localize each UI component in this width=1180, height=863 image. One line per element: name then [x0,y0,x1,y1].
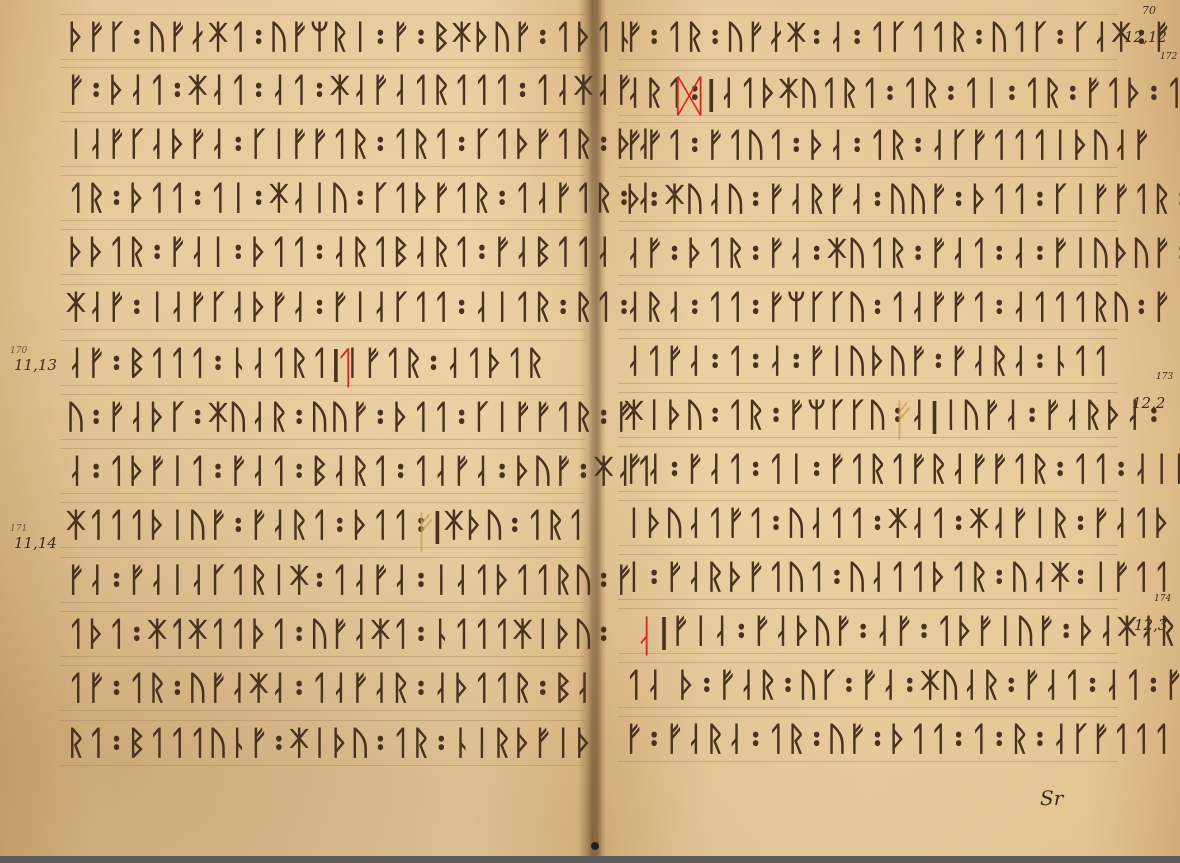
red-initial: ᛞ [676,71,702,122]
text-line: ᚠ᛬ᛐᚱ᛬ᚢᚠᛅᛡ᛬ᛆ᛬ᛐᚴᛐᛐᚱ᛬ᚢᛐᚴ᛬ᚴᛆᛡ᛬ᚠ [618,14,1118,60]
text-line: ᚠᛆ᛬ᚠᛆᛁᛆᚴᛐᚱᛁᛡ᛬ᛐᛆᚠᛆ᛬ᛁᛆᛐᚦᛐᛐᚱᚢ᛬ᚠ [60,557,585,603]
foliation-number: 171 [10,524,27,534]
left-page: ᚦᚠᚴ᛬ᚢᚠᛅᛡᛐ᛬ᚢᚠᛘᚱᛁ᛬ᚠ᛬ᛒᛡᚦᚢᚠ᛬ᛐᚦᛐᚿ ᚠ᛬ᚦᛆᛐ᛬ᛡᛆᛐ᛬ᛆ… [60,0,585,856]
text-line: ᛆᛐᚠᛆ᛬ᛐ᛬ᛆ᛬ᚠᛁᚢᚦᚢᚠ᛬ᚠᛆᚱᛆ᛬ᚿᛐᛐ [618,338,1118,384]
text-line: ᚠᛆ᛬ᚠᛆᛐ᛬ᛐᛁ᛬ᚠᛐᚱᛐᚠᚱᛆᚠᚠᛐᚱ᛬ᛐᛐ᛬ᛆᛁᚴ᛬ᚠ [618,446,1118,492]
rune-text: ᛐᛆ ᚦ᛬ᚠᛆᚱ᛬ᚢᚴ᛬ᚠᛆ᛬ᛡᚢᛆᚱ᛬ᚠᛆᛐ᛬ᛆᛐ᛬ᚠᛁᚢᚠᚢ [624,666,1180,704]
foliation-number: 172 [1160,52,1177,62]
text-line: ᚠ᛬ᚠᛆᚱᛆ᛬ᛐᚱ᛬ᚢᚠ᛬ᚦᛐᛐ᛬ᛐ᛬ᚱ᛬ᛆᚴᚠᛐᛐᛐᛁᚦᚠ᛬ [618,716,1118,762]
margin-note-12-2: 12,2 [1132,394,1165,412]
rune-text: ᛐᚱ᛬ᚦᛐᛐ᛬ᛐᛁ᛬ᛡᛆᛁᚢ᛬ᚴᛐᚦᚠᛐᚱ᛬ᛐᛆᚠᛐᚱ᛬ᛆ [66,179,655,217]
text-line: ᛐᚱ᛬ᚦᛐᛐ᛬ᛐᛁ᛬ᛡᛆᛁᚢ᛬ᚴᛐᚦᚠᛐᚱ᛬ᛐᛆᚠᛐᚱ᛬ᛆ [60,175,585,221]
text-line: ᛆ᛬ᛐᚦᚠᛁᛐ᛬ᚠᛆᛐ᛬ᛒᛆᚱᛐ᛬ᛐᛆᚠᛆ᛬ᚦᚢᚠ᛬ᛡᛆᛐ [60,448,585,494]
text-line: ᚦᚦᛐᚱ᛬ᚠᛆᛁ᛬ᚦᛐᛐ᛬ᛆᚱᛐᛒᛆᚱᛐ᛬ᚠᛆᛒᛐᛐᛆ [60,229,585,275]
viewer-bottom-edge [0,856,1180,863]
margin-note-12-3: 12,3 [1134,616,1167,634]
text-line: ᛆᚱᛆ᛬ᛐᛐ᛬ᚠᛘᚴᚴᚢ᛬ᛐᛆᚠᚠᛐ᛬ᛆᛐᛐᛐᚱᚢ᛬ᚠ [618,284,1118,330]
rune-text: ᛐᚠ᛬ᛐᚱ᛬ᚢᚠᛆᛡᛆ᛬ᛐᛆᚠᛆᚱ᛬ᛆᚦᛐᛐᚱ᛬ᛒᛆ [66,669,594,707]
rune-text: ᚦᚦᛐᚱ᛬ᚠᛆᛁ᛬ᚦᛐᛐ᛬ᛆᚱᛐᛒᛆᚱᛐ᛬ᚠᛆᛒᛐᛐᛆ [66,233,614,271]
text-line: ᚠ᛬ᚦᛆᛐ᛬ᛡᛆᛐ᛬ᛆᛐ᛬ᛡᛆᚠᛆᛐᚱᛐᛐᛐ᛬ᛐᛆᛡᛆᚠ [60,67,585,113]
rune-text: ᚢ᛬ᚠᛆᚦᚴ᛬ᛡᚢᛆᚱ᛬ᚢᚢᚠ᛬ᚦᛐᛐ᛬ᚴᛁᚠᚠᛐᚱ᛬ᚠ [66,398,634,436]
rune-text: ᛆᚱᛆ᛬ᛐᛐ᛬ᚠᛘᚴᚴᚢ᛬ᛐᛆᚠᚠᛐ᛬ᛆᛐᛐᛐᚱᚢ᛬ᚠ [624,288,1172,326]
faded-initial: ᚠ [890,395,916,446]
text-line: ᛡᛁᚦᚢ᛬ᛐᚱ᛬ᚠᛘᚴᚴᚢ᛬ᛆ|ᛁᚢᚠᛆ᛬ᚠᛆᚱᚦᛆ᛬ ᚠ [618,392,1118,438]
rune-text: ᛆᚠ᛬ᛒᛐᛐᛐ᛬ᚿᛆᛐᚱᛐ|ᛁᚠᛐᚱ᛬ᛆᛐᚦᛐᚱ [66,344,545,382]
text-line: ᛆᚱᛐ᛬|ᛆᛐᚦᛡᚢᛐᚱᛐ᛬ᛐᚱ᛬ᛐᛁ᛬ᛐᚱ᛬ᚠᛐᚦ᛬ᛐ ᛞ [618,70,1118,116]
chapter-reference: 11,14 [14,534,57,552]
rune-segment: ᛆᚠ᛬ᛒᛐᛐᛐ᛬ᚿᛆᛐᚱᛐ|ᛁᚠᛐᚱ᛬ᛆᛐᚦᛐᚱ [66,343,545,382]
foliation-number: 173 [1156,372,1173,382]
text-line: ᛐᚦᛐ᛬ᛡᛐᛡᛐᛐᚦᛐ᛬ᚢᚠᛆᛡᛐ᛬ᚿᛐᛐᛐᛡᛁᚦᚢ᛬ [60,611,585,657]
margin-note-11-14: 171 11,14 [14,534,57,552]
rune-text: |ᚠᛁᛆ᛬ᚠᛆᚦᚢᚠ᛬ᛆᚠ᛬ᛐᚦᚠᛁᚢᚠ᛬ᚦᛆᛡᛆᚱ᛬ᚠ [658,612,1180,650]
red-initial: ᛐ [332,343,358,394]
text-line: ᚠᚠᛐ᛬ᚠᛐᚢᛐ᛬ᚦᛆ᛬ᛐᚱ᛬ᛆᚴᚠᛐᛐᛐᛁᚦᚢᛆᚠ [618,122,1118,168]
rune-text: ᛆᚱᛐ᛬|ᛆᛐᚦᛡᚢᛐᚱᛐ᛬ᛐᚱ᛬ᛐᛁ᛬ᛐᚱ᛬ᚠᛐᚦ᛬ᛐ [624,74,1180,112]
page-signature: Sr [1040,786,1063,810]
rune-text: ᚠᚠᛐ᛬ᚠᛐᚢᛐ᛬ᚦᛆ᛬ᛐᚱ᛬ᛆᚴᚠᛐᛐᛐᛁᚦᚢᛆᚠ [624,126,1152,164]
foliation-number: 174 [1154,594,1171,604]
foliation-top: 70 [1142,4,1156,17]
rune-text: ᚠ᛬ᚦᛆᛐ᛬ᛡᛆᛐ᛬ᛆᛐ᛬ᛡᛆᚠᛆᛐᚱᛐᛐᛐ᛬ᛐᛆᛡᛆᚠ [66,71,634,109]
rune-text: ᛆᛐᚠᛆ᛬ᛐ᛬ᛆ᛬ᚠᛁᚢᚦᚢᚠ᛬ᚠᛆᚱᛆ᛬ᚿᛐᛐ [624,342,1111,380]
text-line: ᛁᚦᚢᛆᛐᚠᛐ᛬ᚢᛆᛐᛐ᛬ᛡᛆᛐ᛬ᛡᛆᚠᛁᚱ᛬ᚠᛆᛐᚦ [618,500,1118,546]
rune-text: ᛐᚦᛐ᛬ᛡᛐᛡᛐᛐᚦᛐ᛬ᚢᚠᛆᛡᛐ᛬ᚿᛐᛐᛐᛡᛁᚦᚢ᛬ [66,615,614,653]
text-line: ᚱᛐ᛬ᛒᛐᛐᛐᚢᚿᚠ᛬ᛡᛁᚦᚢ᛬ᛐᚱ᛬ᚿᛁᚱᚦᚠᛁᚦ [60,720,585,766]
faded-initial: ᚠ [412,507,438,558]
foliation-number: 70 [1142,4,1156,17]
foliation-number: 170 [10,346,27,356]
text-line: ᛁᛆᚠᚴᛆᚦᚠᛆ᛬ᚴᛁᚠᚠᛐᚱ᛬ᛐᚱᛐ᛬ᚴᛐᚦᚠᛐᚱ᛬ᚦᛆ [60,121,585,167]
rune-text: ᚦᚠᚴ᛬ᚢᚠᛅᛡᛐ᛬ᚢᚠᛘᚱᛁ᛬ᚠ᛬ᛒᛡᚦᚢᚠ᛬ᛐᚦᛐᚿ [66,18,634,56]
text-line: ᚦ᛬ᛡᚢᛆᚢ᛬ᚠᛆᚱᚠᛆ᛬ᚢᚢᚠ᛬ᚦᛐᛐ᛬ᚴᛁᚠᚠᛐᚱ᛬ [618,176,1118,222]
rune-text: ᚠ᛬ᚠᛆᚱᛆ᛬ᛐᚱ᛬ᚢᚠ᛬ᚦᛐᛐ᛬ᛐ᛬ᚱ᛬ᛆᚴᚠᛐᛐᛐᛁᚦᚠ᛬ [624,720,1180,758]
chapter-reference: 11,13 [14,356,57,374]
margin-note-11-13: 170 11,13 [14,356,57,374]
chapter-reference: 12,2 [1132,394,1165,412]
text-line: ᚦᚠᚴ᛬ᚢᚠᛅᛡᛐ᛬ᚢᚠᛘᚱᛁ᛬ᚠ᛬ᛒᛡᚦᚢᚠ᛬ᛐᚦᛐᚿ [60,14,585,60]
text-line: ᛆ |ᚠᛁᛆ᛬ᚠᛆᚦᚢᚠ᛬ᛆᚠ᛬ᛐᚦᚠᛁᚢᚠ᛬ᚦᛆᛡᛆᚱ᛬ᚠ [618,608,1118,654]
foliation-173: 173 [1156,372,1173,382]
text-line: ᛆᚠ᛬ᛒᛐᛐᛐ᛬ᚿᛆᛐᚱᛐ|ᛁᚠᛐᚱ᛬ᛆᛐᚦᛐᚱ ᛐ [60,340,585,386]
rune-text: ᛆ᛬ᛐᚦᚠᛁᛐ᛬ᚠᛆᛐ᛬ᛒᛆᚱᛐ᛬ᛐᛆᚠᛆ᛬ᚦᚢᚠ᛬ᛡᛆᛐ [66,452,655,490]
margin-note-12-12: 12,12 [1124,28,1167,46]
text-line: ᚢ᛬ᚠᛆᚦᚴ᛬ᛡᚢᛆᚱ᛬ᚢᚢᚠ᛬ᚦᛐᛐ᛬ᚴᛁᚠᚠᛐᚱ᛬ᚠ [60,394,585,440]
rune-text: ᛁ᛬ᚠᛆᚱᚦᚠᛐᚢᛐ᛬ᚢᛆᛐᛐᚦᛐᚱ᛬ᚢᛆᛡ᛬ᛁᚠᛐᛐ [624,558,1172,596]
rune-text: ᚦ᛬ᛡᚢᛆᚢ᛬ᚠᛆᚱᚠᛆ᛬ᚢᚢᚠ᛬ᚦᛐᛐ᛬ᚴᛁᚠᚠᛐᚱ᛬ [624,180,1180,218]
text-line: ᛁ᛬ᚠᛆᚱᚦᚠᛐᚢᛐ᛬ᚢᛆᛐᛐᚦᛐᚱ᛬ᚢᛆᛡ᛬ᛁᚠᛐᛐ [618,554,1118,600]
text-line: ᛆᚠ᛬ᚦᛐᚱ᛬ᚠᛆ᛬ᛡᚢᛐᚱ᛬ᚠᛆᛐ᛬ᛆ᛬ᚠᛁᚢᚦᚢᚠ᛬ᚠ [618,230,1118,276]
rune-text: ᚠ᛬ᛐᚱ᛬ᚢᚠᛅᛡ᛬ᛆ᛬ᛐᚴᛐᛐᚱ᛬ᚢᛐᚴ᛬ᚴᛆᛡ᛬ᚠ [624,18,1172,56]
rune-text: ᛡᛐᛐᛐᚦᛁᚢᚠ᛬ᚠᛆᚱᛐ᛬ᚦᛐᛐ᛬|ᛡᚦᚢ᛬ᛐᚱᛐ [66,506,586,544]
chapter-reference: 12,3 [1134,616,1167,634]
rune-text: ᛆᚠ᛬ᚦᛐᚱ᛬ᚠᛆ᛬ᛡᚢᛐᚱ᛬ᚠᛆᛐ᛬ᛆ᛬ᚠᛁᚢᚦᚢᚠ᛬ᚠ [624,234,1180,272]
rune-text: ᚱᛐ᛬ᛒᛐᛐᛐᚢᚿᚠ᛬ᛡᛁᚦᚢ᛬ᛐᚱ᛬ᚿᛁᚱᚦᚠᛁᚦ [66,724,594,762]
binding-hole [591,842,599,850]
text-line: ᛐᚠ᛬ᛐᚱ᛬ᚢᚠᛆᛡᛆ᛬ᛐᛆᚠᛆᚱ᛬ᛆᚦᛐᛐᚱ᛬ᛒᛆ [60,665,585,711]
foliation-174: 174 [1154,594,1171,604]
right-page: ᚠ᛬ᛐᚱ᛬ᚢᚠᛅᛡ᛬ᛆ᛬ᛐᚴᛐᛐᚱ᛬ᚢᛐᚴ᛬ᚴᛆᛡ᛬ᚠ ᛆᚱᛐ᛬|ᛆᛐᚦᛡᚢᛐᚱ… [618,0,1118,856]
text-line: ᛐᛆ ᚦ᛬ᚠᛆᚱ᛬ᚢᚴ᛬ᚠᛆ᛬ᛡᚢᛆᚱ᛬ᚠᛆᛐ᛬ᛆᛐ᛬ᚠᛁᚢᚠᚢ [618,662,1118,708]
rune-text: ᚠᛆ᛬ᚠᛆᛐ᛬ᛐᛁ᛬ᚠᛐᚱᛐᚠᚱᛆᚠᚠᛐᚱ᛬ᛐᛐ᛬ᛆᛁᚴ᛬ᚠ [624,450,1180,488]
rune-text: ᛁᛆᚠᚴᛆᚦᚠᛆ᛬ᚴᛁᚠᚠᛐᚱ᛬ᛐᚱᛐ᛬ᚴᛐᚦᚠᛐᚱ᛬ᚦᛆ [66,125,655,163]
rune-text: ᛡᛆᚠ᛬ᛁᛆᚠᚴᛆᚦᚠᛆ᛬ᚠᛁᛆᚴᛐᛐ᛬ᛆᛁᛐᚱ᛬ᚱᛐ᛬ [66,288,634,326]
foliation-172: 172 [1160,52,1177,62]
red-initial: ᛆ [632,611,658,662]
text-line: ᛡᛐᛐᛐᚦᛁᚢᚠ᛬ᚠᛆᚱᛐ᛬ᚦᛐᛐ᛬|ᛡᚦᚢ᛬ᛐᚱᛐ ᚠ [60,502,585,548]
chapter-reference: 12,12 [1124,28,1167,46]
rune-text: ᚠᛆ᛬ᚠᛆᛁᛆᚴᛐᚱᛁᛡ᛬ᛐᛆᚠᛆ᛬ᛁᛆᛐᚦᛐᛐᚱᚢ᛬ᚠ [66,561,634,599]
text-line: ᛡᛆᚠ᛬ᛁᛆᚠᚴᛆᚦᚠᛆ᛬ᚠᛁᛆᚴᛐᛐ᛬ᛆᛁᛐᚱ᛬ᚱᛐ᛬ [60,284,585,330]
rune-text: ᛁᚦᚢᛆᛐᚠᛐ᛬ᚢᛆᛐᛐ᛬ᛡᛆᛐ᛬ᛡᛆᚠᛁᚱ᛬ᚠᛆᛐᚦ [624,504,1172,542]
